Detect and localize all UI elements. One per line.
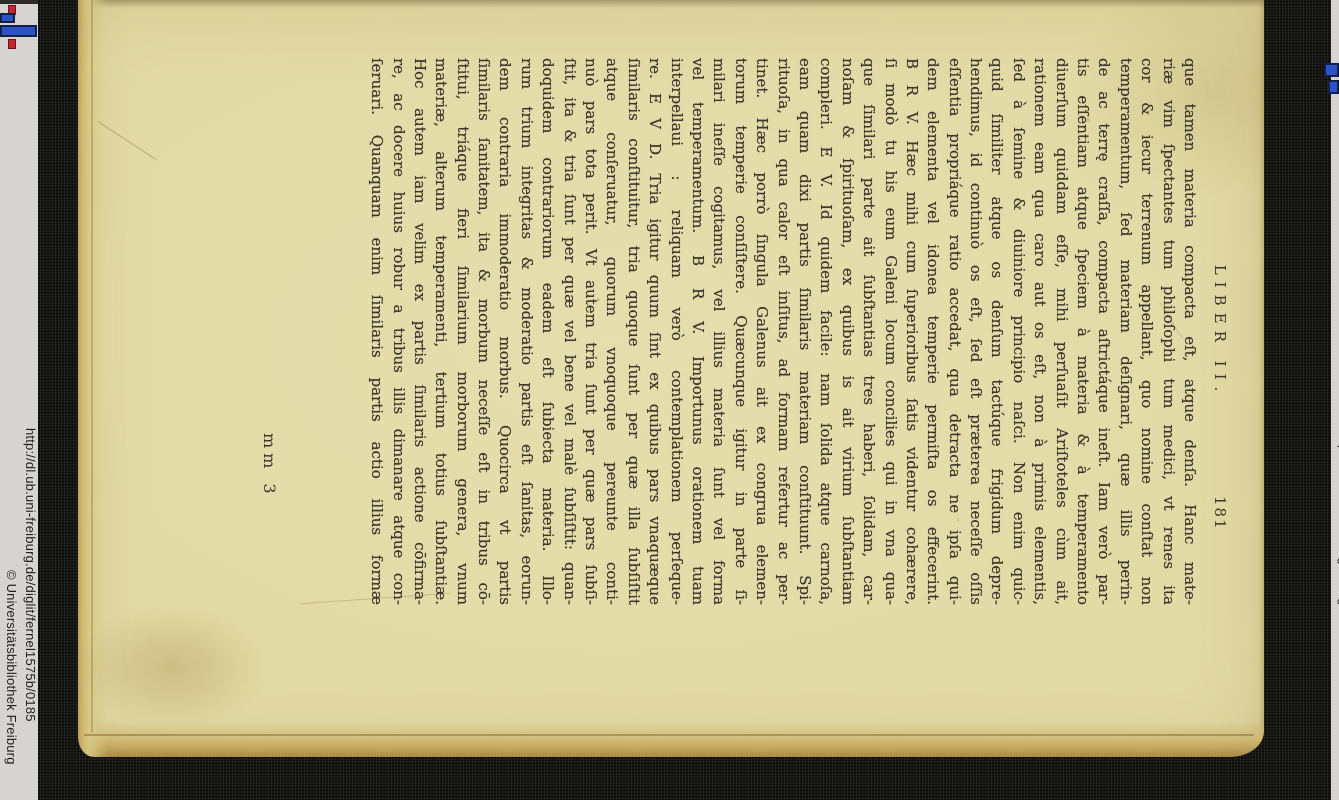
text-line: ſimilaris conſtituitur, tria quoque ſunt… bbox=[622, 58, 643, 605]
text-line: eſſentia propriáque ratio accedat, qua d… bbox=[943, 58, 964, 605]
text-line: eam quam dixi partis ſimilaris materiam … bbox=[794, 58, 815, 605]
registration-blue-bar-right-2 bbox=[1328, 80, 1339, 94]
text-line: nuò pars tota perit. Vt autem tria ſunt … bbox=[580, 58, 601, 605]
page-number: 181 bbox=[1211, 496, 1229, 531]
text-line: re. E V D. Tria igitur quum ſint ex quib… bbox=[644, 58, 665, 605]
text-line: ſi modò tu his eum Galeni locum concilie… bbox=[879, 58, 900, 605]
text-line: temperamentum, ſed materiam deſignari, q… bbox=[1114, 58, 1135, 605]
scan-copyright-label: © Universitätsbibliothek Freiburg bbox=[3, 570, 19, 765]
registration-blue-bar-short bbox=[0, 13, 15, 23]
scan-url-label: http://dl.ub.uni-freiburg.de/diglit/fern… bbox=[22, 428, 38, 722]
text-line: compleri. E V. Id quidem facile: nam ſol… bbox=[815, 58, 836, 605]
body-text: que tamen materia compacta eſt, atque de… bbox=[366, 58, 1200, 605]
text-line: tinet. Hæc porrò ſingula Galenus ait ex … bbox=[751, 58, 772, 605]
registration-blue-bar-long bbox=[0, 25, 37, 37]
page-content-rotated: LIBER II. 181 que tamen materia compacta… bbox=[82, 0, 1263, 748]
text-line: rituoſa, in qua calor eſt inſitus, ad fo… bbox=[772, 58, 793, 605]
text-line: que ſimilari parte ait ſubſtantias tres … bbox=[858, 58, 879, 605]
text-line: tis eſſentiam atque ſpeciem à materia & … bbox=[1072, 58, 1093, 605]
text-line: dem contraria immoderatio morbus. Quocir… bbox=[494, 58, 515, 605]
text-line: de ac terrę craſſa, compacta aſtrictáque… bbox=[1093, 58, 1114, 605]
text-line: re, ac docere huius robur a tribus illis… bbox=[387, 58, 408, 605]
text-line: ſeruari. Quanquam enim ſimilaris partis … bbox=[366, 58, 387, 605]
registration-red-mark-bottom bbox=[8, 39, 16, 49]
text-line: ſtitui, triáque fieri ſimilarium morboru… bbox=[451, 58, 472, 605]
text-line: hendimus, id continuò os eſt, ſed eſt pr… bbox=[965, 58, 986, 605]
text-line: ſed à ſemine & diuiniore principio naſci… bbox=[1007, 58, 1028, 605]
book-page-scan: LIBER II. 181 que tamen materia compacta… bbox=[78, 0, 1264, 757]
text-line: ſtit, ita & tria ſunt per quæ vel bene v… bbox=[558, 58, 579, 605]
text-line: torum temperie conſiſtere. Quæcunque igi… bbox=[729, 58, 750, 605]
text-line: materiæ, alterum temperamenti, tertium t… bbox=[430, 58, 451, 605]
text-line: interpellaui : reliquam verò contemplati… bbox=[665, 58, 686, 605]
text-line: Hoc autem iam velim ex partis ſimilaris … bbox=[409, 58, 430, 605]
text-line: dem elementa vel idonea temperie permiſt… bbox=[922, 58, 943, 605]
text-line: doquidem contrariorum eadem eſt ſubiecta… bbox=[537, 58, 558, 605]
text-line: rationem eam qua caro aut os eſt, non à … bbox=[1029, 58, 1050, 605]
registration-blue-bar-right-1 bbox=[1324, 63, 1339, 77]
running-head: LIBER II. 181 bbox=[1207, 58, 1229, 605]
scanned-book-viewer: http://dl.ub.uni-freiburg.de/diglit/fern… bbox=[0, 0, 1339, 800]
text-line: ſimilaris ſanitatem, ita & morbum neceſſ… bbox=[473, 58, 494, 605]
text-line: diuerſum quiddam eſſe, mihi perſuaſit Ar… bbox=[1050, 58, 1071, 605]
text-line: quid ſimiliter atque os denſum tactúque … bbox=[986, 58, 1007, 605]
text-line: noſam & ſpirituoſam, ex quibus is ait vi… bbox=[836, 58, 857, 605]
signature-mark: mm 3 bbox=[260, 433, 279, 499]
text-line: que tamen materia compacta eſt, atque de… bbox=[1179, 58, 1200, 605]
text-line: atque conſeruatur, quorum vnoquoque pere… bbox=[601, 58, 622, 605]
text-line: riæ vim ſpectantes tum philoſophi tum me… bbox=[1157, 58, 1178, 605]
text-line: vel temperamentum. B R V. Importunus ora… bbox=[687, 58, 708, 605]
text-line: rum trium integritas & moderatio partis … bbox=[516, 58, 537, 605]
text-line: cor & iecur terrenum appellant, quo nomi… bbox=[1136, 58, 1157, 605]
text-line: milari ineſſe cogitamus, vel illius mate… bbox=[708, 58, 729, 605]
text-line: B R V. Hæc mihi cum ſuperioribus ſatis v… bbox=[901, 58, 922, 605]
